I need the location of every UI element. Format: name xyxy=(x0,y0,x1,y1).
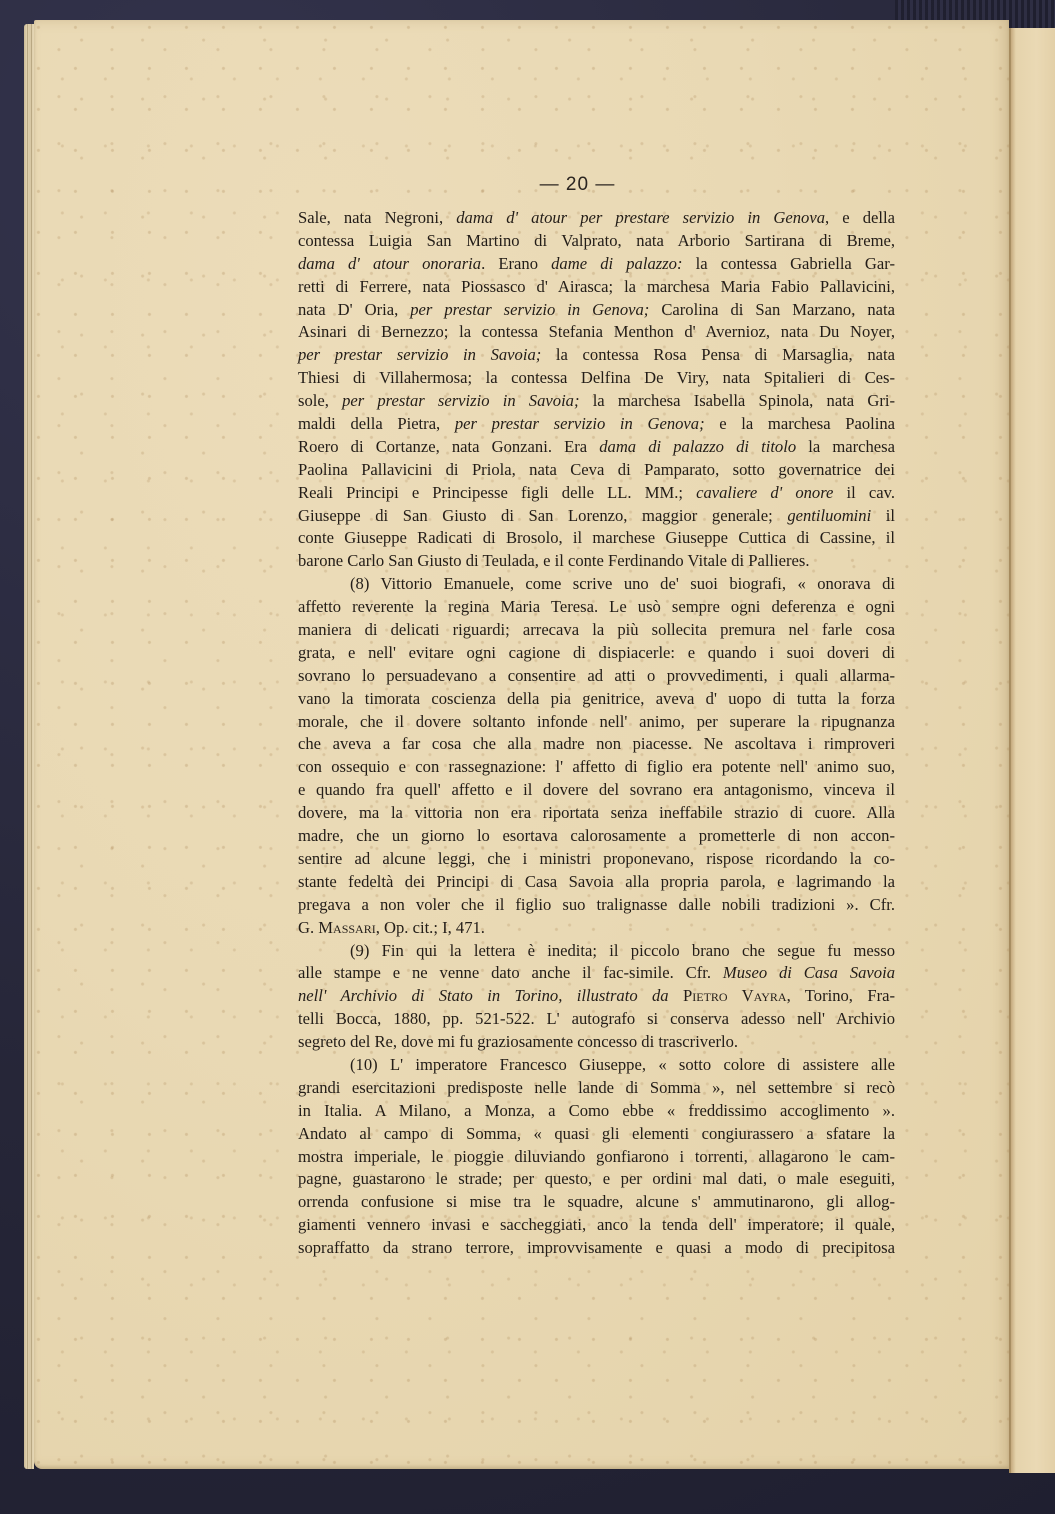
text-run: la marchesa Isabella Spinola, nata Gri- xyxy=(580,391,896,410)
text-run: Roero di Cortanze, nata Gonzani. Era xyxy=(298,437,599,456)
text-line: sole, per prestar servizio in Savoia; la… xyxy=(298,390,895,413)
italic-text: Museo di Casa Savoia xyxy=(723,963,895,982)
text-run: con ossequio e con rassegnazione: l' aff… xyxy=(298,757,895,776)
text-line: grata, e nell' evitare ogni cagione di d… xyxy=(298,642,895,665)
italic-text: per prestar servizio in Genova; xyxy=(455,414,705,433)
text-line: telli Bocca, 1880, pp. 521-522. L' autog… xyxy=(298,1008,895,1031)
text-line: sovrano lo persuadevano a consentire ad … xyxy=(298,665,895,688)
text-run: telli Bocca, 1880, pp. 521-522. L' autog… xyxy=(298,1009,895,1028)
text-run: e la marchesa Paolina xyxy=(705,414,895,433)
text-run: , Torino, Fra- xyxy=(787,986,895,1005)
text-run: pregava a non voler che il figlio suo tr… xyxy=(298,895,895,914)
text-line: G. Massari, Op. cit.; I, 471. xyxy=(298,917,895,940)
text-line: che aveva a far cosa che alla madre non … xyxy=(298,733,895,756)
text-run: grata, e nell' evitare ogni cagione di d… xyxy=(298,643,895,662)
text-run: Andato al campo di Somma, « quasi gli el… xyxy=(298,1124,895,1143)
text-line: nata D' Oria, per prestar servizio in Ge… xyxy=(298,299,895,322)
text-line: vano la timorata coscienza della pia gen… xyxy=(298,688,895,711)
text-run: in Italia. A Milano, a Monza, a Como ebb… xyxy=(298,1101,895,1120)
text-run: , e della xyxy=(825,208,895,227)
text-run: la contessa Rosa Pensa di Marsaglia, nat… xyxy=(541,345,895,364)
italic-text: dame di palazzo: xyxy=(551,254,682,273)
italic-text: per prestar servizio in Genova; xyxy=(410,300,649,319)
text-run: Sale, nata Negroni, xyxy=(298,208,456,227)
page-number: — 20 — xyxy=(0,174,1055,196)
text-line: segreto del Re, dove mi fu graziosamente… xyxy=(298,1031,895,1054)
text-line: retti di Ferrere, nata Piossasco d' Aira… xyxy=(298,276,895,299)
text-run: alle stampe e ne venne dato anche il fac… xyxy=(298,963,723,982)
text-run: e quando fra quell' affetto e il dovere … xyxy=(298,780,895,799)
text-run: affetto reverente la regina Maria Teresa… xyxy=(298,597,895,616)
text-run: il xyxy=(871,506,895,525)
text-run: la marchesa xyxy=(796,437,895,456)
text-run: Reali Principi e Principesse figli delle… xyxy=(298,483,696,502)
text-line: morale, che il dovere soltanto infonde n… xyxy=(298,711,895,734)
text-run: (8) Vittorio Emanuele, come scrive uno d… xyxy=(350,574,895,593)
text-run: morale, che il dovere soltanto infonde n… xyxy=(298,712,895,731)
text-run: G. xyxy=(298,918,318,937)
text-line: sentire ad alcune leggi, che i ministri … xyxy=(298,848,895,871)
text-run: dovere, ma la vittoria non era riportata… xyxy=(298,803,895,822)
text-run: barone Carlo San Giusto di Teulada, e il… xyxy=(298,551,810,570)
text-line: conte Giuseppe Radicati di Brosolo, il m… xyxy=(298,527,895,550)
text-run: , Op. cit.; I, 471. xyxy=(376,918,485,937)
text-line: mostra imperiale, le pioggie diluviando … xyxy=(298,1146,895,1169)
text-run: mostra imperiale, le pioggie diluviando … xyxy=(298,1147,895,1166)
binding-gutter xyxy=(1009,28,1011,1473)
small-caps-text: Pietro Vayra xyxy=(683,986,787,1005)
text-run: . Erano xyxy=(481,254,551,273)
text-line: e quando fra quell' affetto e il dovere … xyxy=(298,779,895,802)
text-line: giamenti vennero invasi e saccheggiati, … xyxy=(298,1214,895,1237)
text-line: Paolina Pallavicini di Priola, nata Ceva… xyxy=(298,459,895,482)
text-line: per prestar servizio in Savoia; la conte… xyxy=(298,344,895,367)
footnotes-text: Sale, nata Negroni, dama d' atour per pr… xyxy=(298,207,895,1260)
text-line: stante fedeltà dei Principi di Casa Savo… xyxy=(298,871,895,894)
text-line: madre, che un giorno lo esortava caloros… xyxy=(298,825,895,848)
text-line: Giuseppe di San Giusto di San Lorenzo, m… xyxy=(298,505,895,528)
text-line: grandi esercitazioni predisposte nelle l… xyxy=(298,1077,895,1100)
text-line: maldi della Pietra, per prestar servizio… xyxy=(298,413,895,436)
italic-text: dama di palazzo di titolo xyxy=(599,437,796,456)
italic-text: cavaliere d' onore xyxy=(696,483,833,502)
text-run: che aveva a far cosa che alla madre non … xyxy=(298,734,895,753)
italic-text: nell' Archivio di Stato in Torino, illus… xyxy=(298,986,669,1005)
text-run: Giuseppe di San Giusto di San Lorenzo, m… xyxy=(298,506,787,525)
text-run: nata D' Oria, xyxy=(298,300,410,319)
text-line: Asinari di Bernezzo; la contessa Stefani… xyxy=(298,321,895,344)
text-run: segreto del Re, dove mi fu graziosamente… xyxy=(298,1032,738,1051)
text-run: sentire ad alcune leggi, che i ministri … xyxy=(298,849,895,868)
text-run: orrenda confusione si mise tra le squadr… xyxy=(298,1192,895,1211)
text-run: maldi della Pietra, xyxy=(298,414,455,433)
text-run: Asinari di Bernezzo; la contessa Stefani… xyxy=(298,322,895,341)
text-run: la contessa Gabriella Gar- xyxy=(682,254,895,273)
text-run: stante fedeltà dei Principi di Casa Savo… xyxy=(298,872,895,891)
text-run: Thiesi di Villahermosa; la contessa Delf… xyxy=(298,368,895,387)
text-line: (10) L' imperatore Francesco Giuseppe, «… xyxy=(298,1054,895,1077)
text-line: alle stampe e ne venne dato anche il fac… xyxy=(298,962,895,985)
text-run: (9) Fin qui la lettera è inedita; il pic… xyxy=(350,941,895,960)
text-run: grandi esercitazioni predisposte nelle l… xyxy=(298,1078,895,1097)
italic-text: per prestar servizio in Savoia; xyxy=(298,345,541,364)
text-line: Andato al campo di Somma, « quasi gli el… xyxy=(298,1123,895,1146)
text-run: conte Giuseppe Radicati di Brosolo, il m… xyxy=(298,528,895,547)
italic-text: dama d' atour onoraria xyxy=(298,254,481,273)
text-line: pregava a non voler che il figlio suo tr… xyxy=(298,894,895,917)
text-line: (9) Fin qui la lettera è inedita; il pic… xyxy=(298,940,895,963)
italic-text: dama d' atour per prestare servizio in G… xyxy=(456,208,825,227)
text-line: orrenda confusione si mise tra le squadr… xyxy=(298,1191,895,1214)
text-run xyxy=(669,986,683,1005)
italic-text: per prestar servizio in Savoia; xyxy=(342,391,579,410)
text-line: affetto reverente la regina Maria Teresa… xyxy=(298,596,895,619)
text-run: Carolina di San Marzano, nata xyxy=(649,300,895,319)
text-run: sovrano lo persuadevano a consentire ad … xyxy=(298,666,895,685)
text-line: Reali Principi e Principesse figli delle… xyxy=(298,482,895,505)
text-line: sopraffatto da strano terrore, improvvis… xyxy=(298,1237,895,1260)
text-run: Paolina Pallavicini di Priola, nata Ceva… xyxy=(298,460,895,479)
text-line: in Italia. A Milano, a Monza, a Como ebb… xyxy=(298,1100,895,1123)
text-run: retti di Ferrere, nata Piossasco d' Aira… xyxy=(298,277,895,296)
small-caps-text: Massari xyxy=(318,918,375,937)
text-line: (8) Vittorio Emanuele, come scrive uno d… xyxy=(298,573,895,596)
text-line: dovere, ma la vittoria non era riportata… xyxy=(298,802,895,825)
text-run: vano la timorata coscienza della pia gen… xyxy=(298,689,895,708)
text-run: sole, xyxy=(298,391,342,410)
text-line: dama d' atour onoraria. Erano dame di pa… xyxy=(298,253,895,276)
text-run: madre, che un giorno lo esortava caloros… xyxy=(298,826,895,845)
text-run: giamenti vennero invasi e saccheggiati, … xyxy=(298,1215,895,1234)
page-stack-edge xyxy=(24,24,34,1469)
text-run: contessa Luigia San Martino di Valprato,… xyxy=(298,231,895,250)
text-run: (10) L' imperatore Francesco Giuseppe, «… xyxy=(350,1055,895,1074)
text-run: maniera di delicati riguardi; arrecava l… xyxy=(298,620,895,639)
text-run: il cav. xyxy=(833,483,895,502)
text-line: nell' Archivio di Stato in Torino, illus… xyxy=(298,985,895,1008)
text-line: maniera di delicati riguardi; arrecava l… xyxy=(298,619,895,642)
text-line: Roero di Cortanze, nata Gonzani. Era dam… xyxy=(298,436,895,459)
text-line: Thiesi di Villahermosa; la contessa Delf… xyxy=(298,367,895,390)
text-line: contessa Luigia San Martino di Valprato,… xyxy=(298,230,895,253)
text-run: sopraffatto da strano terrore, improvvis… xyxy=(298,1238,895,1257)
text-line: barone Carlo San Giusto di Teulada, e il… xyxy=(298,550,895,573)
italic-text: gentiluomini xyxy=(787,506,871,525)
text-line: pagne, guastarono le strade; per questo,… xyxy=(298,1168,895,1191)
facing-page-edge xyxy=(1009,28,1055,1473)
text-line: con ossequio e con rassegnazione: l' aff… xyxy=(298,756,895,779)
text-line: Sale, nata Negroni, dama d' atour per pr… xyxy=(298,207,895,230)
text-run: pagne, guastarono le strade; per questo,… xyxy=(298,1169,895,1188)
